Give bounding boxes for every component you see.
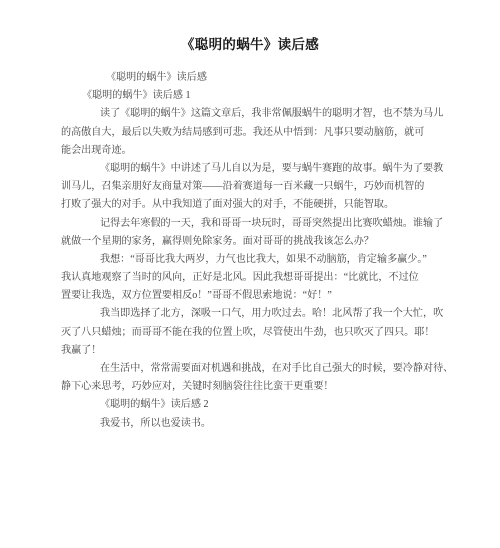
doc-line: 我想：“哥哥比我大两岁，力气也比我大，如果不动脑筋，肯定输多赢少。” xyxy=(100,251,460,269)
doc-line: 能会出现奇迹。 xyxy=(61,142,460,160)
doc-line: 在生活中，常常需要面对机遇和挑战，在对手比自己强大的时候，要冷静对待、 xyxy=(100,360,460,378)
doc-section-heading: 《聪明的蜗牛》读后感 2 xyxy=(100,396,460,414)
doc-line: 静下心来思考，巧妙应对，关键时刻脑袋往往比蛮干更重要！ xyxy=(61,378,460,396)
document-body: 《聪明的蜗牛》读后感 《聪明的蜗牛》读后感 1 读了《聪明的蜗牛》这篇文章后，我… xyxy=(0,69,500,433)
doc-line: 《聪明的蜗牛》中讲述了马儿自以为是，要与蜗牛赛跑的故事。蜗牛为了要教 xyxy=(100,160,460,178)
doc-subtitle: 《聪明的蜗牛》读后感 xyxy=(106,69,460,87)
doc-section-heading: 《聪明的蜗牛》读后感 1 xyxy=(82,87,460,105)
doc-line: 我当即选择了北方，深吸一口气，用力吹过去。哈！北风帮了我一个大忙，吹 xyxy=(100,305,460,323)
doc-line: 我赢了！ xyxy=(61,342,460,360)
document-page: 《聪明的蜗牛》读后感 《聪明的蜗牛》读后感 《聪明的蜗牛》读后感 1 读了《聪明… xyxy=(0,0,500,548)
doc-line: 就做一个星期的家务，赢得则免除家务。面对哥哥的挑战我该怎么办？ xyxy=(61,233,460,251)
document-title: 《聪明的蜗牛》读后感 xyxy=(0,33,500,53)
doc-line: 我爱书，所以也爱读书。 xyxy=(100,415,460,433)
doc-line: 训马儿，召集亲朋好友商量对策——沿着赛道每一百米藏一只蜗牛，巧妙而机智的 xyxy=(61,178,460,196)
doc-line: 打败了强大的对手。从中我知道了面对强大的对手，不能硬拼，只能智取。 xyxy=(61,196,460,214)
doc-line: 读了《聪明的蜗牛》这篇文章后，我非常佩服蜗牛的聪明才智，也不禁为马儿 xyxy=(100,105,460,123)
doc-line: 的高傲自大，最后以失败为结局感到可悲。我还从中悟到：凡事只要动脑筋，就可 xyxy=(61,124,460,142)
doc-line: 我认真地观察了当时的风向，正好是北风。因此我想哥哥提出：“比就比，不过位 xyxy=(61,269,460,287)
doc-line: 置要让我选，双方位置要相反o！”哥哥不假思索地说：“好！” xyxy=(61,287,460,305)
doc-line: 灭了八只蜡烛；而哥哥不能在我的位置上吹，尽管使出牛劲，也只吹灭了四只。耶！ xyxy=(61,324,460,342)
doc-line: 记得去年寒假的一天，我和哥哥一块玩时，哥哥突然提出比赛吹蜡烛。谁输了 xyxy=(100,215,460,233)
